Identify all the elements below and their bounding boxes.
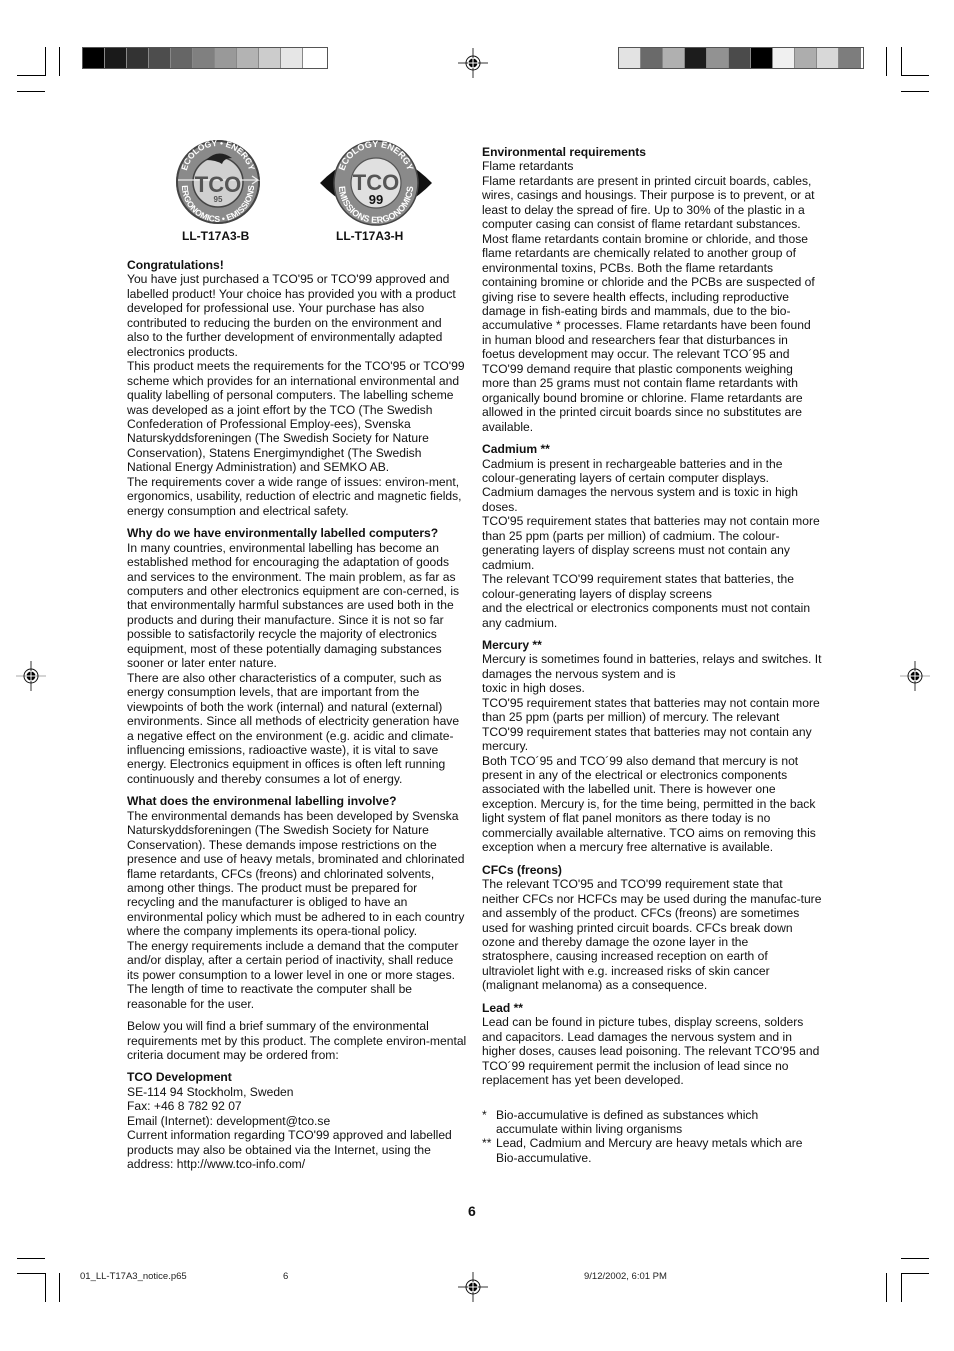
color-swatch	[83, 48, 105, 68]
color-swatch	[619, 48, 641, 68]
registration-mark-icon	[458, 48, 488, 78]
paragraph: Current information regarding TCO'99 app…	[127, 1128, 467, 1171]
flame-retardants-subheading: Flame retardants	[482, 159, 822, 173]
color-swatch	[193, 48, 215, 68]
paragraph: The environmental demands has been devel…	[127, 809, 467, 939]
paragraph: and the electrical or electronics compon…	[482, 601, 822, 630]
color-swatch	[215, 48, 237, 68]
congratulations-heading: Congratulations!	[127, 258, 467, 272]
color-swatch	[237, 48, 259, 68]
paragraph: toxic in high doses.	[482, 681, 822, 695]
color-swatch	[707, 48, 729, 68]
why-heading: Why do we have environmentally labelled …	[127, 526, 467, 540]
crop-mark	[886, 1273, 887, 1302]
color-calibration-bar-right	[618, 47, 864, 69]
footnote-text: Lead, Cadmium and Mercury are heavy meta…	[496, 1136, 822, 1165]
svg-text:99: 99	[369, 192, 383, 207]
color-swatch	[773, 48, 795, 68]
paragraph: The relevant TCO'95 and TCO'99 requireme…	[482, 877, 822, 993]
crop-mark	[59, 47, 60, 76]
crop-mark	[17, 1258, 45, 1259]
paragraph: In many countries, environmental labelli…	[127, 541, 467, 671]
paragraph: Below you will find a brief summary of t…	[127, 1019, 467, 1062]
paragraph: TCO'95 requirement states that batteries…	[482, 514, 822, 572]
right-column: Environmental requirements Flame retarda…	[482, 145, 822, 1165]
registration-mark-icon	[16, 661, 46, 691]
color-swatch	[149, 48, 171, 68]
what-heading: What does the environmenal labelling inv…	[127, 794, 467, 808]
print-timestamp: 9/12/2002, 6:01 PM	[584, 1271, 667, 1282]
color-swatch	[751, 48, 773, 68]
paragraph: Cadmium is present in rechargeable batte…	[482, 457, 822, 515]
address: SE-114 94 Stockholm, Sweden	[127, 1085, 467, 1099]
color-swatch	[663, 48, 685, 68]
svg-text:95: 95	[214, 195, 223, 204]
crop-mark	[901, 1258, 929, 1259]
footnote-mark: **	[482, 1136, 496, 1165]
paragraph: Both TCO´95 and TCO´99 also demand that …	[482, 754, 822, 855]
color-swatch	[105, 48, 127, 68]
color-swatch	[281, 48, 303, 68]
paragraph: You have just purchased a TCO'95 or TCO'…	[127, 272, 467, 359]
crop-mark	[59, 1273, 60, 1302]
paragraph: Mercury is sometimes found in batteries,…	[482, 652, 822, 681]
mercury-heading: Mercury **	[482, 638, 822, 652]
lead-heading: Lead **	[482, 1001, 822, 1015]
crop-mark	[901, 75, 929, 76]
paragraph: There are also other characteristics of …	[127, 671, 467, 787]
paragraph: Flame retardants are present in printed …	[482, 174, 822, 434]
paragraph: Lead can be found in picture tubes, disp…	[482, 1015, 822, 1087]
crop-mark	[901, 91, 929, 92]
tco-development-heading: TCO Development	[127, 1070, 467, 1084]
paragraph: This product meets the requirements for …	[127, 359, 467, 475]
crop-mark	[17, 75, 45, 76]
color-swatch	[303, 48, 325, 68]
fax: Fax: +46 8 782 92 07	[127, 1099, 467, 1113]
cadmium-heading: Cadmium **	[482, 442, 822, 456]
registration-mark-icon	[900, 661, 930, 691]
email: Email (Internet): development@tco.se	[127, 1114, 467, 1128]
registration-mark-icon	[458, 1272, 488, 1302]
color-swatch	[641, 48, 663, 68]
crop-mark	[901, 1273, 929, 1274]
cfcs-heading: CFCs (freons)	[482, 863, 822, 877]
environmental-requirements-heading: Environmental requirements	[482, 145, 822, 159]
color-swatch	[795, 48, 817, 68]
svg-text:TCO: TCO	[195, 172, 241, 197]
color-swatch	[171, 48, 193, 68]
paragraph: TCO'95 requirement states that batteries…	[482, 696, 822, 754]
color-swatch	[259, 48, 281, 68]
model-label-h: LL-T17A3-H	[336, 229, 403, 243]
color-swatch	[839, 48, 861, 68]
crop-mark	[886, 47, 887, 76]
tco99-logo-icon: TCO 99 ECOLOGY ENERGY EMISSIONS ERGONOMI…	[318, 138, 434, 228]
color-swatch	[127, 48, 149, 68]
footnote: * Bio-accumulative is defined as substan…	[482, 1108, 822, 1137]
footnote: ** Lead, Cadmium and Mercury are heavy m…	[482, 1136, 822, 1165]
paragraph: The energy requirements include a demand…	[127, 939, 467, 1011]
crop-mark	[17, 91, 45, 92]
left-column: Congratulations! You have just purchased…	[127, 258, 467, 1172]
crop-mark	[17, 1273, 45, 1274]
color-swatch	[817, 48, 839, 68]
crop-mark	[45, 47, 46, 76]
color-calibration-bar-left	[82, 47, 328, 69]
footnote-mark: *	[482, 1108, 496, 1137]
paragraph: The requirements cover a wide range of i…	[127, 475, 467, 518]
model-label-b: LL-T17A3-B	[182, 229, 249, 243]
print-page: 6	[283, 1271, 288, 1282]
crop-mark	[901, 1273, 902, 1302]
crop-mark	[901, 47, 902, 76]
color-swatch	[685, 48, 707, 68]
footnote-text: Bio-accumulative is defined as substance…	[496, 1108, 822, 1137]
color-swatch	[729, 48, 751, 68]
tco95-logo-icon: TCO 95 ECOLOGY • ENERGY ERGONOMICS • EMI…	[172, 138, 264, 226]
page-number: 6	[468, 1203, 476, 1219]
print-filename: 01_LL-T17A3_notice.p65	[80, 1271, 187, 1282]
crop-mark	[45, 1273, 46, 1302]
paragraph: The relevant TCO'99 requirement states t…	[482, 572, 822, 601]
